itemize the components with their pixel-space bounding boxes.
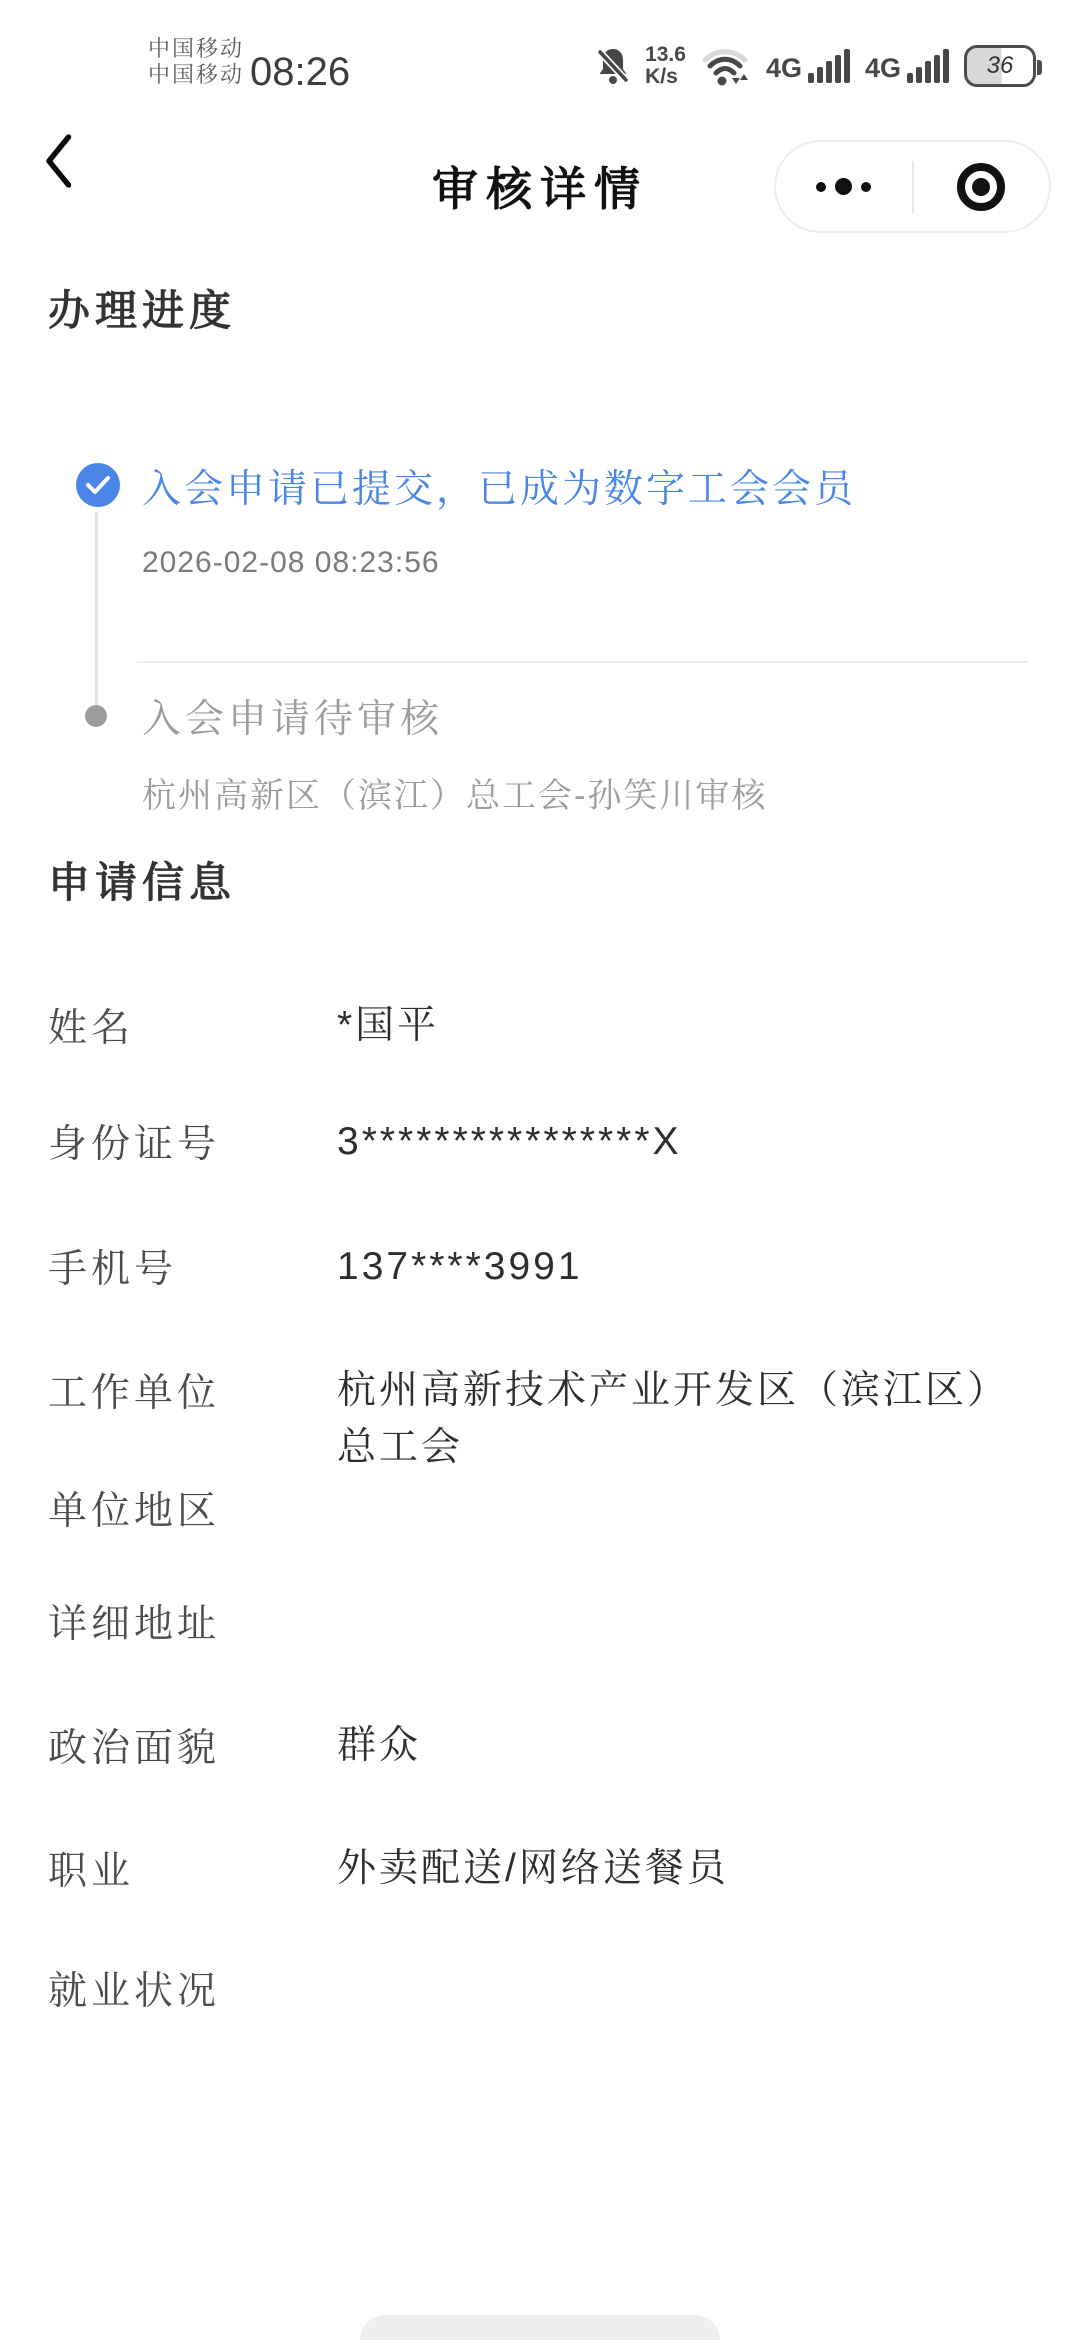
4g-signal-icon: 4G (766, 49, 850, 83)
network-speed: 13.6 K/s (645, 44, 686, 88)
timeline-connector (95, 512, 98, 708)
field-label: 姓名 (48, 997, 134, 1053)
carrier-line1: 中国移动 (148, 36, 244, 62)
step-done-check-icon (76, 463, 120, 507)
timeline-divider (137, 661, 1027, 663)
field-label: 就业状况 (48, 1960, 220, 2016)
status-icons: 13.6 K/s 4G 4G (596, 40, 1036, 92)
more-button[interactable] (776, 142, 912, 231)
field-value: 3****************X (337, 1113, 1005, 1170)
wifi-icon (701, 45, 751, 87)
field-value: 杭州高新技术产业开发区（滨江区）总工会 (337, 1362, 1005, 1476)
field-value: 外卖配送/网络送餐员 (337, 1840, 1005, 1897)
field-label: 手机号 (48, 1238, 177, 1294)
field-label: 职业 (48, 1840, 134, 1896)
bottom-sheet-hint (360, 2315, 720, 2340)
field-value: *国平 (337, 997, 1005, 1054)
network-speed-value: 13.6 (645, 44, 686, 66)
timeline-step2-subtitle: 杭州高新区（滨江）总工会-孙笑川审核 (142, 768, 767, 817)
field-value: 137****3991 (337, 1238, 1005, 1295)
more-dots-icon (816, 178, 871, 195)
timeline-step2-title: 入会申请待审核 (142, 688, 443, 744)
carrier-line2: 中国移动 (148, 62, 244, 88)
battery-level: 36 (987, 52, 1014, 80)
muted-bell-icon (596, 46, 630, 86)
application-section-title: 申请信息 (48, 850, 236, 910)
4g-signal-icon-2: 4G (865, 49, 949, 83)
step-pending-dot-icon (85, 705, 107, 727)
screen: 中国移动 中国移动 08:26 13.6 K/s (0, 0, 1080, 2340)
field-label: 身份证号 (48, 1113, 220, 1169)
carrier-labels: 中国移动 中国移动 (148, 36, 244, 88)
nav-bar: 审核详情 (0, 95, 1080, 235)
status-time: 08:26 (250, 50, 350, 95)
field-label: 政治面貌 (48, 1717, 220, 1773)
status-bar: 中国移动 中国移动 08:26 13.6 K/s (0, 0, 1080, 95)
field-label: 工作单位 (48, 1362, 220, 1418)
miniprogram-close-icon (957, 163, 1005, 211)
field-label: 单位地区 (48, 1480, 220, 1536)
close-button[interactable] (914, 142, 1050, 231)
timeline-step1-timestamp: 2026-02-08 08:23:56 (142, 546, 440, 580)
field-label: 详细地址 (48, 1593, 220, 1649)
progress-section-title: 办理进度 (48, 278, 236, 338)
field-value: 群众 (337, 1717, 1005, 1774)
network-speed-unit: K/s (645, 66, 686, 88)
battery-icon: 36 (964, 45, 1036, 87)
timeline-step1-title: 入会申请已提交，已成为数字工会会员 (142, 458, 1022, 514)
miniprogram-capsule (774, 140, 1051, 233)
